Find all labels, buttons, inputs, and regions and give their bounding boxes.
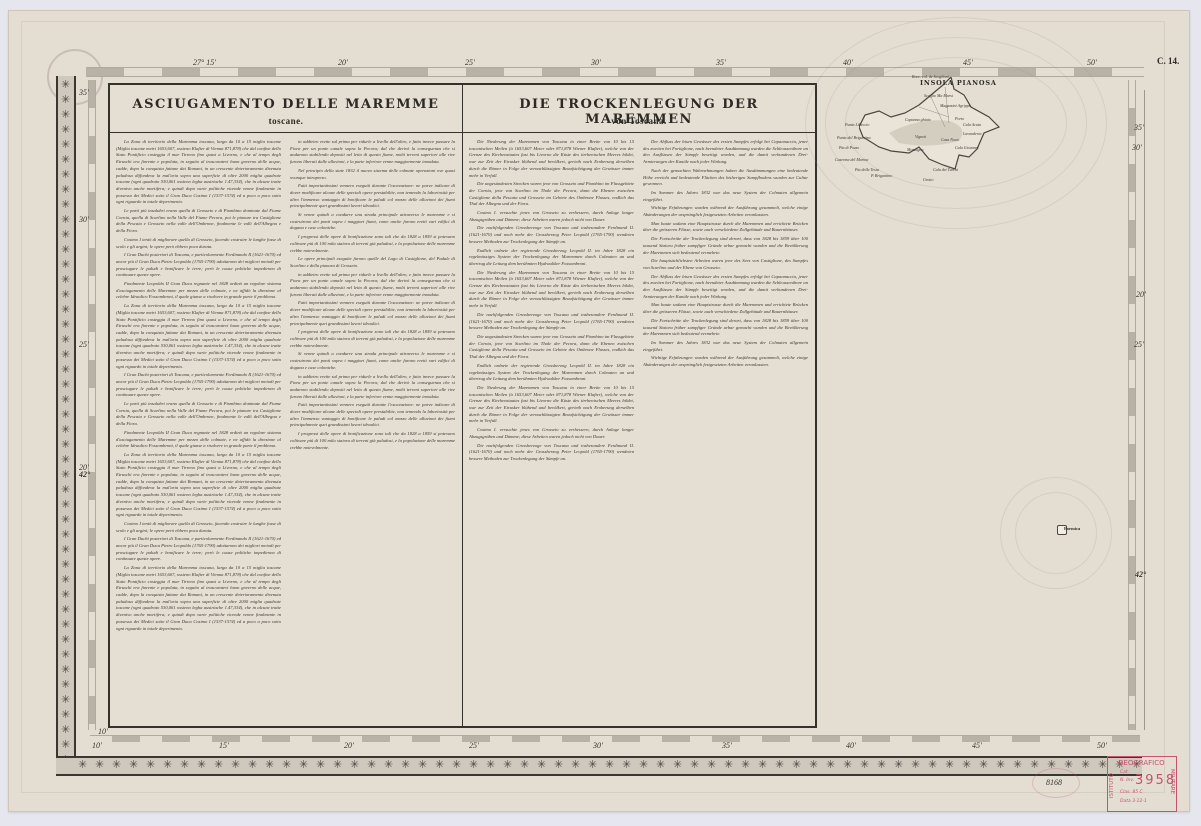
rosette-ornament-icon: ✳ (469, 760, 478, 771)
stamp-date-value: 3-12-1 (1132, 799, 1147, 804)
rosette-ornament-icon: ✳ (979, 760, 988, 771)
plate-number: C. 14. (1157, 56, 1179, 66)
rosette-ornament-icon: ✳ (61, 620, 70, 631)
paragraph: I progressi delle opere di bonificazione… (290, 234, 455, 254)
paragraph: Im Sommer des Jahres 1832 war das neue S… (643, 190, 808, 203)
stamp-class-value: 85 C (1132, 790, 1142, 795)
paragraph: Finalmente Leopoldo II Gran Duca regnant… (116, 281, 281, 301)
rosette-ornament-icon: ✳ (61, 740, 70, 751)
paragraph: in addietro erette sul prima per ridurle… (290, 272, 455, 299)
paragraph: Die nachfolgenden Grossherzoge von Tosca… (469, 312, 634, 332)
tick-bottom: 45' (972, 741, 982, 750)
place-label: Porto (955, 116, 964, 121)
rosette-ornament-icon: ✳ (894, 760, 903, 771)
rosette-ornament-icon: ✳ (316, 760, 325, 771)
tick-left: 25' (79, 340, 89, 349)
paragraph: I Gran Duchi posteriori di Toscana, e pa… (116, 536, 281, 563)
rosette-ornament-icon: ✳ (61, 680, 70, 691)
place-label: Cala Acuta (963, 122, 981, 127)
german-text-col-1: Die Niederung der Maremmen von Toscana i… (469, 139, 634, 719)
tick-right: 25' (1134, 340, 1144, 349)
rosette-ornament-icon: ✳ (673, 760, 682, 771)
sea-contour (1015, 492, 1097, 574)
paragraph: Finalmente Leopoldo II Gran Duca regnant… (116, 430, 281, 450)
paragraph: Im Sommer des Jahres 1832 war das neue S… (643, 340, 808, 353)
paragraph: I Gran Duchi posteriori di Toscana, e pa… (116, 372, 281, 399)
stamp-num-label: N. Inv. (1120, 778, 1134, 783)
paragraph: Le parti più insalubri erano quella di G… (116, 208, 281, 235)
rosette-ornament-icon: ✳ (61, 260, 70, 271)
rosette-ornament-icon: ✳ (61, 395, 70, 406)
rosette-ornament-icon: ✳ (78, 760, 87, 771)
rosette-ornament-icon: ✳ (231, 760, 240, 771)
rosette-ornament-icon: ✳ (61, 440, 70, 451)
rosette-ornament-icon: ✳ (61, 305, 70, 316)
latitude-scale-right (1128, 80, 1136, 730)
paragraph: I Gran Duchi posteriori di Toscana, e pa… (116, 252, 281, 279)
rosette-ornament-icon: ✳ (639, 760, 648, 771)
rosette-ornament-icon: ✳ (605, 760, 614, 771)
tick-left: 35' (79, 88, 89, 97)
paragraph: Die hauptsächlichsten Arbeiten waren jen… (643, 258, 808, 271)
paragraph: Man baute sodann eine Hauptstrasse durch… (643, 302, 808, 315)
rosette-ornament-icon: ✳ (775, 760, 784, 771)
tick-bottom: 20' (344, 741, 354, 750)
paragraph: Cosimo I. versuchte jenes von Grosseto z… (469, 427, 634, 440)
stamp-class-label: Clas. (1120, 790, 1131, 795)
place-label: Casa Nova (941, 137, 959, 142)
place-label: Pta della Testa (855, 167, 879, 172)
rosette-ornament-icon: ✳ (61, 335, 70, 346)
paragraph: Nel principio della state 1832 il nuovo … (290, 168, 455, 181)
italian-text-col-2: in addietro erette sul prima per ridurle… (290, 139, 455, 719)
place-label: P. Brigantino (871, 173, 892, 178)
paragraph: Cosimo I. versuchte jenes von Grosseto z… (469, 210, 634, 223)
place-label: Scoglio Ma Marsi (924, 93, 953, 98)
place-label: Lavanderia (963, 131, 981, 136)
longitude-scale-bottom (90, 735, 1140, 742)
paragraph: Cosimo I tentò di migliorare quella di G… (116, 237, 281, 250)
italian-title: ASCIUGAMENTO DELLE MAREMME (110, 97, 462, 112)
rosette-ornament-icon: ✳ (724, 760, 733, 771)
tick-bottom: 30' (593, 741, 603, 750)
tick-bottom: 40' (846, 741, 856, 750)
rosette-ornament-icon: ✳ (61, 470, 70, 481)
tick-left: 30' (79, 215, 89, 224)
german-subtitle: von Toscana. (463, 116, 815, 126)
rosette-ornament-icon: ✳ (520, 760, 529, 771)
rosette-ornament-icon: ✳ (265, 760, 274, 771)
rosette-ornament-icon: ✳ (61, 530, 70, 541)
map-area: INSOLA PIANOSA Rocc. col. de Scoglioni S… (815, 77, 1129, 727)
rosette-ornament-icon: ✳ (61, 545, 70, 556)
rosette-ornament-icon: ✳ (146, 760, 155, 771)
paragraph: I progressi delle opere di bonificazione… (290, 431, 455, 451)
rosette-ornament-icon: ✳ (61, 425, 70, 436)
paragraph: Nach der gemachten Wahrnehmungen haben d… (643, 168, 808, 188)
rosette-ornament-icon: ✳ (1013, 760, 1022, 771)
rosette-ornament-icon: ✳ (486, 760, 495, 771)
rosette-ornament-icon: ✳ (367, 760, 376, 771)
stamp-cat-label: Cat. (1120, 770, 1129, 775)
rosette-ornament-icon: ✳ (61, 575, 70, 586)
island-label: INSOLA PIANOSA (920, 79, 997, 87)
rosette-ornament-icon: ✳ (384, 760, 393, 771)
paragraph: Si venne quindi a condurre una strada pr… (290, 351, 455, 371)
rosette-ornament-icon: ✳ (248, 760, 257, 771)
tick-right-degree: 42° (1135, 570, 1146, 579)
rosette-ornament-icon: ✳ (435, 760, 444, 771)
rosette-ornament-icon: ✳ (571, 760, 580, 771)
paragraph: La Zona di territorio della Maremma tosc… (116, 303, 281, 370)
islet-label: Formica (1064, 526, 1080, 531)
tick-top: 20' (338, 58, 348, 67)
rosette-ornament-icon: ✳ (962, 760, 971, 771)
place-label: Vigneti (915, 134, 926, 139)
italian-subtitle: toscane. (110, 116, 462, 126)
place-label: Cala dei Turchi (933, 167, 958, 172)
paragraph: La Zona di territorio della Maremma tosc… (116, 452, 281, 519)
rosette-ornament-icon: ✳ (588, 760, 597, 771)
rosette-ornament-icon: ✳ (690, 760, 699, 771)
rosette-ornament-icon: ✳ (61, 80, 70, 91)
rosette-ornament-icon: ✳ (656, 760, 665, 771)
header-rule (110, 132, 815, 133)
rosette-ornament-icon: ✳ (860, 760, 869, 771)
rosette-ornament-icon: ✳ (1081, 760, 1090, 771)
place-label: Capanna ghiaio (905, 117, 931, 122)
rosette-ornament-icon: ✳ (61, 455, 70, 466)
tick-bottom: 35' (722, 741, 732, 750)
paragraph: Le parti più insalubri erano quella di G… (116, 401, 281, 428)
tick-bottom: 25' (469, 741, 479, 750)
paragraph: in addietro erette sul prima per ridurle… (290, 374, 455, 401)
rosette-ornament-icon: ✳ (61, 590, 70, 601)
stamp-class: Clas. 85 C (1120, 790, 1143, 795)
rosette-ornament-icon: ✳ (61, 185, 70, 196)
rosette-ornament-icon: ✳ (333, 760, 342, 771)
rosette-ornament-icon: ✳ (418, 760, 427, 771)
tick-right: 30' (1132, 143, 1142, 152)
rosette-ornament-icon: ✳ (61, 350, 70, 361)
tick-top: 30' (591, 58, 601, 67)
rosette-ornament-icon: ✳ (61, 650, 70, 661)
igm-archive-stamp: GEOGRAFICO ISTITUTO MILITARE Cat. N. Inv… (1107, 756, 1177, 812)
tick-bottom: 50' (1097, 741, 1107, 750)
rosette-ornament-icon: ✳ (758, 760, 767, 771)
paragraph: Die Niederung der Maremmen von Toscana i… (469, 270, 634, 310)
rosette-ornament-icon: ✳ (61, 95, 70, 106)
rosette-ornament-icon: ✳ (741, 760, 750, 771)
rosette-ornament-icon: ✳ (61, 290, 70, 301)
rosette-ornament-icon: ✳ (61, 140, 70, 151)
rosette-ornament-icon: ✳ (61, 230, 70, 241)
rosette-ornament-icon: ✳ (452, 760, 461, 771)
rosette-ornament-icon: ✳ (61, 410, 70, 421)
inventory-number: 8168 (1046, 778, 1062, 787)
paragraph: Endlich ordnete der regierende Grossherz… (469, 363, 634, 383)
paragraph: Die Fortschritte der Trockenlegung sind … (643, 318, 808, 338)
paragraph: Der Abfluss der bisen Gewässer des erste… (643, 139, 808, 166)
place-label: Magazzini Agrippa (940, 103, 971, 108)
rosette-ornament-icon: ✳ (809, 760, 818, 771)
tick-right: 20' (1136, 290, 1146, 299)
place-label: Caserma del Marina (835, 157, 868, 162)
rosette-ornament-icon: ✳ (299, 760, 308, 771)
tick-bottom: 10' (92, 741, 102, 750)
paragraph: Der Abfluss der bisen Gewässer des erste… (643, 274, 808, 301)
rosette-ornament-icon: ✳ (180, 760, 189, 771)
rosette-ornament-icon: ✳ (61, 320, 70, 331)
rosette-ornament-icon: ✳ (503, 760, 512, 771)
place-label: Punta del Brigantino (837, 135, 871, 140)
rosette-ornament-icon: ✳ (61, 485, 70, 496)
rosette-ornament-icon: ✳ (707, 760, 716, 771)
rosette-ornament-icon: ✳ (61, 500, 70, 511)
rosette-ornament-icon: ✳ (826, 760, 835, 771)
rosette-ornament-icon: ✳ (129, 760, 138, 771)
rosette-ornament-icon: ✳ (61, 215, 70, 226)
rosette-ornament-icon: ✳ (61, 665, 70, 676)
paragraph: Die Niederung der Maremmen von Toscana i… (469, 385, 634, 425)
rosette-ornament-icon: ✳ (843, 760, 852, 771)
paragraph: La Zona di territorio della Maremma tosc… (116, 139, 281, 206)
rosette-band-left: ✳✳✳✳✳✳✳✳✳✳✳✳✳✳✳✳✳✳✳✳✳✳✳✳✳✳✳✳✳✳✳✳✳✳✳✳✳✳✳✳… (56, 76, 76, 776)
rosette-ornament-icon: ✳ (622, 760, 631, 771)
paragraph: La Zona di territorio della Maremma tosc… (116, 565, 281, 632)
rosette-ornament-icon: ✳ (61, 200, 70, 211)
rosette-ornament-icon: ✳ (61, 560, 70, 571)
paragraph: Die Fortschritte der Trockenlegung sind … (643, 236, 808, 256)
rosette-ornament-icon: ✳ (61, 155, 70, 166)
rosette-ornament-icon: ✳ (61, 365, 70, 376)
paragraph: Die nachfolgenden Grossherzoge von Tosca… (469, 225, 634, 245)
place-label: Pta di Pozzo (839, 145, 859, 150)
rosette-ornament-icon: ✳ (61, 170, 70, 181)
paragraph: Man baute sodann eine Hauptstrasse durch… (643, 221, 808, 234)
rosette-ornament-icon: ✳ (282, 760, 291, 771)
paragraph: Die ungesündesten Strecken waren jene vo… (469, 334, 634, 361)
rosette-ornament-icon: ✳ (945, 760, 954, 771)
paragraph: Die Niederung der Maremmen von Toscana i… (469, 139, 634, 179)
rosette-ornament-icon: ✳ (554, 760, 563, 771)
neatline-right (1144, 90, 1145, 730)
stamp-date-label: Data (1120, 799, 1131, 804)
rosette-ornament-icon: ✳ (911, 760, 920, 771)
rosette-ornament-icon: ✳ (214, 760, 223, 771)
rosette-ornament-icon: ✳ (61, 110, 70, 121)
rosette-ornament-icon: ✳ (197, 760, 206, 771)
rosette-ornament-icon: ✳ (61, 635, 70, 646)
text-panel: ASCIUGAMENTO DELLE MAREMME toscane. DIE … (108, 83, 817, 728)
tick-left: 10' (98, 727, 108, 736)
rosette-ornament-icon: ✳ (61, 695, 70, 706)
rosette-ornament-icon: ✳ (877, 760, 886, 771)
paragraph: Wichtige Erfahrungen wurden während der … (643, 205, 808, 218)
stamp-title: GEOGRAFICO (1118, 759, 1165, 767)
rosette-ornament-icon: ✳ (61, 380, 70, 391)
rosette-ornament-icon: ✳ (401, 760, 410, 771)
rosette-ornament-icon: ✳ (1030, 760, 1039, 771)
paragraph: Cosimo I tentò di migliorare quella di G… (116, 521, 281, 534)
paragraph: in addietro erette sul prima per ridurle… (290, 139, 455, 166)
tick-bottom: 15' (219, 741, 229, 750)
column-divider (462, 85, 463, 726)
place-label: Punta Libeccio (845, 122, 869, 127)
paragraph: Le opere principali eseguite furono quel… (290, 256, 455, 269)
paragraph: Wichtige Erfahrungen wurden während der … (643, 355, 808, 368)
tick-top: 25' (465, 58, 475, 67)
german-text-col-2: Der Abfluss der bisen Gewässer des erste… (643, 139, 808, 719)
rosette-ornament-icon: ✳ (61, 125, 70, 136)
tick-left-degree: 42° (79, 470, 90, 479)
place-label: Cala Giovanni (955, 145, 979, 150)
rosette-ornament-icon: ✳ (163, 760, 172, 771)
rosette-ornament-icon: ✳ (61, 275, 70, 286)
rosette-ornament-icon: ✳ (537, 760, 546, 771)
paragraph: Die ungesündesten Strecken waren jene vo… (469, 181, 634, 208)
stamp-inventory-number: 3958 (1135, 773, 1176, 788)
rosette-ornament-icon: ✳ (996, 760, 1005, 771)
italian-text-col-1: La Zona di territorio della Maremma tosc… (116, 139, 281, 719)
rosette-ornament-icon: ✳ (1098, 760, 1107, 771)
tick-top: 27° 15' (193, 58, 216, 67)
paragraph: Die nachfolgenden Grossherzoge von Tosca… (469, 443, 634, 463)
tick-right: 35' (1134, 123, 1144, 132)
place-label: Grotto (923, 177, 934, 182)
tick-top: 35' (716, 58, 726, 67)
rosette-ornament-icon: ✳ (928, 760, 937, 771)
rosette-band-bottom: ✳✳✳✳✳✳✳✳✳✳✳✳✳✳✳✳✳✳✳✳✳✳✳✳✳✳✳✳✳✳✳✳✳✳✳✳✳✳✳✳… (56, 756, 1142, 776)
rosette-ornament-icon: ✳ (61, 710, 70, 721)
paragraph: Fatti importantissimi vennero eseguiti d… (290, 300, 455, 327)
rosette-ornament-icon: ✳ (61, 725, 70, 736)
tick-top: 50' (1087, 58, 1097, 67)
rosette-ornament-icon: ✳ (61, 515, 70, 526)
paragraph: I progressi delle opere di bonificazione… (290, 329, 455, 349)
rosette-ornament-icon: ✳ (112, 760, 121, 771)
stamp-date: Data 3-12-1 (1120, 799, 1147, 804)
paragraph: Endlich ordnete der regierende Grossherz… (469, 248, 634, 268)
paragraph: Si venne quindi a condurre una strada pr… (290, 212, 455, 232)
stamp-side-left: ISTITUTO (1109, 773, 1115, 798)
rosette-ornament-icon: ✳ (61, 605, 70, 616)
rosette-ornament-icon: ✳ (350, 760, 359, 771)
place-label: Rocc. col. de Scoglioni (912, 74, 949, 79)
paragraph: Fatti importantissimi vennero eseguiti d… (290, 183, 455, 210)
rosette-ornament-icon: ✳ (792, 760, 801, 771)
rosette-ornament-icon: ✳ (61, 245, 70, 256)
paragraph: Fatti importantissimi vennero eseguiti d… (290, 402, 455, 429)
place-label: Montagna (907, 147, 923, 152)
rosette-ornament-icon: ✳ (95, 760, 104, 771)
latitude-scale-left (88, 80, 96, 730)
